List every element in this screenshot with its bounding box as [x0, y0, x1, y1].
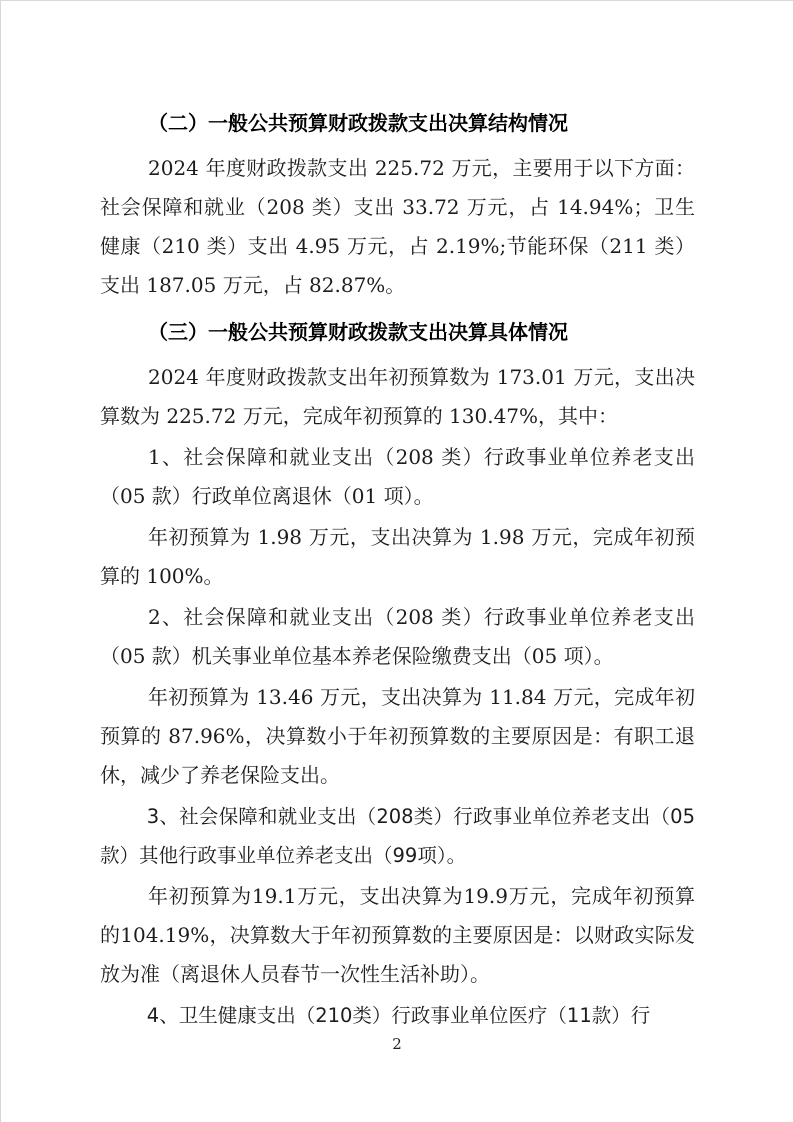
- paragraph-item-2-detail: 年初预算为 13.46 万元，支出决算为 11.84 万元，完成年初预算的 87…: [100, 678, 695, 795]
- section-heading-3: （三）一般公共预算财政拨款支出决算具体情况: [100, 313, 695, 352]
- paragraph-item-3: 3、社会保障和就业支出（208类）行政事业单位养老支出（05款）其他行政事业单位…: [100, 797, 695, 875]
- paragraph-structure-overview: 2024 年度财政拨款支出 225.72 万元，主要用于以下方面：社会保障和就业…: [100, 149, 695, 305]
- document-body: （二）一般公共预算财政拨款支出决算结构情况 2024 年度财政拨款支出 225.…: [100, 96, 695, 1037]
- page-number: 2: [1, 1034, 793, 1054]
- paragraph-item-2: 2、社会保障和就业支出（208 类）行政事业单位养老支出（05 款）机关事业单位…: [100, 598, 695, 676]
- paragraph-item-3-detail: 年初预算为19.1万元，支出决算为19.9万元，完成年初预算的104.19%，决…: [100, 877, 695, 994]
- document-page: （二）一般公共预算财政拨款支出决算结构情况 2024 年度财政拨款支出 225.…: [0, 0, 793, 1122]
- paragraph-item-4: 4、卫生健康支出（210类）行政事业单位医疗（11款）行: [100, 996, 695, 1035]
- paragraph-item-1: 1、社会保障和就业支出（208 类）行政事业单位养老支出（05 款）行政单位离退…: [100, 438, 695, 516]
- paragraph-detail-intro: 2024 年度财政拨款支出年初预算数为 173.01 万元，支出决算数为 225…: [100, 358, 695, 436]
- section-heading-2: （二）一般公共预算财政拨款支出决算结构情况: [100, 104, 695, 143]
- paragraph-item-1-detail: 年初预算为 1.98 万元，支出决算为 1.98 万元，完成年初预算的 100%…: [100, 518, 695, 596]
